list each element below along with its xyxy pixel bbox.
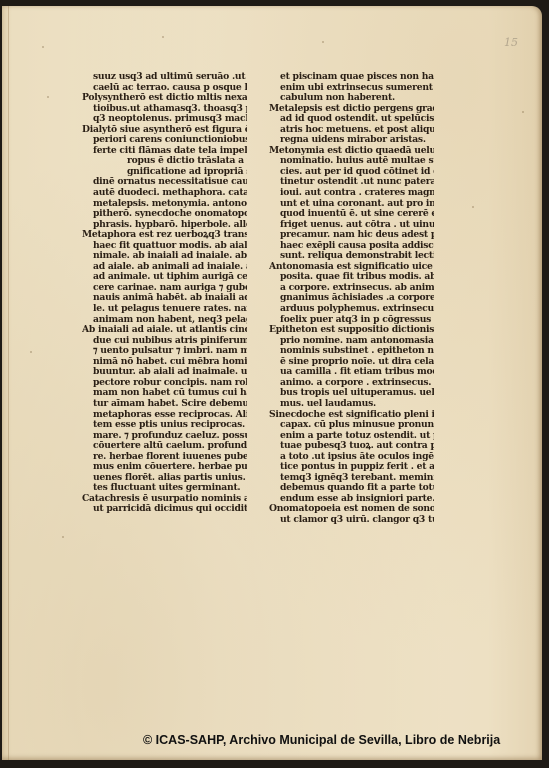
text-line: atris hoc metuens. et post aliquot meā (274, 125, 434, 136)
text-line: cabulum non haberent. (274, 93, 434, 104)
text-line: animam non habent, neq3 pelagus. (87, 315, 247, 326)
foxing-speck (162, 36, 164, 38)
text-line: haec exēpli causa posita addiscentibus (274, 241, 434, 252)
text-line: Dialytō siue asyntherō est figura ōria s… (82, 125, 247, 136)
text-line: mus. uel laudamus. (274, 399, 434, 410)
text-line: unt et uina coronant. aut pro inuētore (274, 199, 434, 210)
text-line: le. ut pelagus tenuere rates. nam rates (87, 304, 247, 315)
text-column-right: et piscinam quae pisces non habet. haece… (274, 72, 434, 526)
text-line: Metonymia est dictio quaedā ueluti trāś (269, 146, 434, 157)
text-line: ⁊ uento pulsatur ⁊ imbri. nam mons a (87, 346, 247, 357)
text-line: tem esse ptis unius reciprocas. ut altuz (87, 420, 247, 431)
text-line: Polysyntherō est dictio mltis nexa cōiun… (82, 93, 247, 104)
manuscript-page: 15 suuz usq3 ad ultimū seruāo .ut prīcip… (2, 6, 542, 760)
text-line: tuae pubesq3 tuoꝝ. aut contra partem (274, 441, 434, 452)
text-line: friget uenus. aut cōtra . ut uinum que (274, 220, 434, 231)
text-line: nimā nō habet. cui mēbra homis attri (87, 357, 247, 368)
text-line: Metalepsis est dictio pergens gradatim (269, 104, 434, 115)
text-line: ē sine proprio noīe. ut dira celaeno et … (274, 357, 434, 368)
scan-viewport: 15 suuz usq3 ad ultimū seruāo .ut prīcip… (0, 0, 549, 768)
text-line: quod inuentū ē. ut sine cererē et baccho (274, 209, 434, 220)
text-line: tice pontus in puppiz ferit . et alibi. … (274, 462, 434, 473)
text-line: a corpore. extrinsecus. ab animo. ut ma (274, 283, 434, 294)
text-line: tes fluctuant uites germinant. (87, 483, 247, 494)
text-line: Ab inaiali ad aiale. ut atlantis cinctū … (82, 325, 247, 336)
text-line: foelix puer atq3 in p cōgressus achilli. (274, 315, 434, 326)
text-line: precamur. nam hic deus adest praesens (274, 230, 434, 241)
text-line: haec fit quattuor modis. ab aiali ad a (87, 241, 247, 252)
text-line: cere carinae. nam auriga ⁊ gubernator (87, 283, 247, 294)
text-line: dinē ornatus necessitatisue causa. Sunt (87, 177, 247, 188)
text-line: ad animale. ut tiphim aurigā celeres se (87, 272, 247, 283)
text-line: Onomatopoeia est nomen de sono factuz. (269, 504, 434, 515)
text-line: temq3 ignēq3 terebant. meminisse autē (274, 473, 434, 484)
text-line: animo. a corpore . extrinsecus. his duo (274, 378, 434, 389)
text-line: Sinecdoche est significatio pleni itelle… (269, 410, 434, 421)
text-line: nominis substinet . epitheton nunquam (274, 346, 434, 357)
text-line: metaphoras esse reciprocas. Alias au (87, 410, 247, 421)
text-line: metalepsis. metonymia. antonomasia e (87, 199, 247, 210)
text-line: ioui. aut contra . crateres magnos statu (274, 188, 434, 199)
text-line: ad id quod ostendit. ut spelūcis abdidit (274, 114, 434, 125)
text-line: posita. quae fit tribus modis. ab animo (274, 272, 434, 283)
foxing-speck (322, 41, 324, 43)
text-line: ut parricidā dicimus qui occidit fratrē. (87, 504, 247, 515)
text-line: pitherō. synecdoche onomatopoeia .pe (87, 209, 247, 220)
text-line: Epitheton est suppositio dictionis cū pr… (269, 325, 434, 336)
text-line: cōuertere altū caelum. profundum ma (87, 441, 247, 452)
text-line: q3 neoptolenus. primusq3 machaon. (87, 114, 247, 125)
text-line: suuz usq3 ad ultimū seruāo .ut prīcipio (87, 72, 247, 83)
text-line: Catachresis ē usurpatio nominis alieni (82, 494, 247, 505)
foxing-speck (30, 351, 32, 353)
text-line: nauis animā habēt. ab inaiali ad inaia (87, 293, 247, 304)
text-line: Antonomasia est significatio uice nomis (269, 262, 434, 273)
text-line: nimale. ab inaiali ad inaiale. ab inaial… (87, 251, 247, 262)
text-line: ut clamor q3 uirū. clangor q3 tubarum. (274, 515, 434, 526)
text-line: Metaphora est rez uerboꝝq3 translatio (82, 230, 247, 241)
text-line: enim ubi extrinsecus sumerent suuz uo (274, 83, 434, 94)
text-line: et piscinam quae pisces non habet. haec (274, 72, 434, 83)
text-line: uenes florēt. alias partis unius. ut seg… (87, 473, 247, 484)
foxing-speck (472, 206, 474, 208)
text-line: tinetur ostendit .ut nunc pateras libate (274, 177, 434, 188)
text-line: ad aiale. ab animali ad inaiale. ab aial… (87, 262, 247, 273)
text-line: regna uidens mirabor aristas. (274, 135, 434, 146)
text-line: pectore robur concipis. nam robur ani (87, 378, 247, 389)
binding-gutter (8, 6, 9, 760)
foxing-speck (47, 96, 49, 98)
text-line: ropus ē dictio trāslata a ppria si (87, 156, 247, 167)
text-line: a toto .ut ipsius āte oculos ingēs a uer (274, 452, 434, 463)
text-line: buuntur. ab aiali ad inaimale. ut si tan… (87, 367, 247, 378)
text-line: gnificatione ad ipropriā similitu (87, 167, 247, 178)
text-line: sunt. reliqua demonstrabit lectio. (274, 251, 434, 262)
text-line: mam non habet cū tumus cui haec dicū (87, 388, 247, 399)
text-line: endum esse ab insigniori parte. (274, 494, 434, 505)
text-line: caelū ac terrao. causa p osque liquētes. (87, 83, 247, 94)
text-line: tioibus.ut athamasq3. thoasq3 pelides (87, 104, 247, 115)
text-line: prio nomine. nam antonomasia uicem (274, 336, 434, 347)
text-line: ua camilla . fit etiam tribus modis. ab (274, 367, 434, 378)
text-column-left: suuz usq3 ad ultimū seruāo .ut prīcipioc… (87, 72, 247, 515)
text-line: nominatio. huius autē multae sunt spe (274, 156, 434, 167)
text-line: enim a parte totuz ostendit. ut pupesq3 (274, 431, 434, 442)
foxing-speck (62, 536, 64, 538)
text-line: debemus quando fit a parte totum faci (274, 483, 434, 494)
foxing-speck (42, 46, 44, 48)
text-line: autē duodeci. methaphora. catachresis (87, 188, 247, 199)
text-line: capax. cū plus minusue pronunciat. aut (274, 420, 434, 431)
text-line: bus tropis uel uituperamus. uel ostēdi (274, 388, 434, 399)
text-line: tur aīmam habet. Scire debemus alias (87, 399, 247, 410)
text-line: phrasis. hypbarō. hiperbole. allegoria (87, 220, 247, 231)
text-line: arduus polyphemus. extrinsecus ut in (274, 304, 434, 315)
text-line: cies. aut per id quod cōtinet id quod cō (274, 167, 434, 178)
text-line: mare. ⁊ profunduz caeluz. possumus ei3 (87, 431, 247, 442)
copyright-caption: © ICAS-SAHP, Archivo Municipal de Sevill… (143, 733, 500, 747)
text-line: due cui nubibus atris piniferum caput (87, 336, 247, 347)
text-line: mus enim cōuertere. herbae pubent iu (87, 462, 247, 473)
text-line: periori carens coniunctioniobus. ut Jte (87, 135, 247, 146)
folio-pencil-mark: 15 (504, 36, 518, 49)
foxing-speck (522, 111, 524, 113)
text-line: re. herbae florent iuuenes pubent. possu (87, 452, 247, 463)
text-line: ferte citi flāmas date tela impellite. (87, 146, 247, 157)
text-line: gnanimus āchisiades .a corpore ut spe (274, 293, 434, 304)
